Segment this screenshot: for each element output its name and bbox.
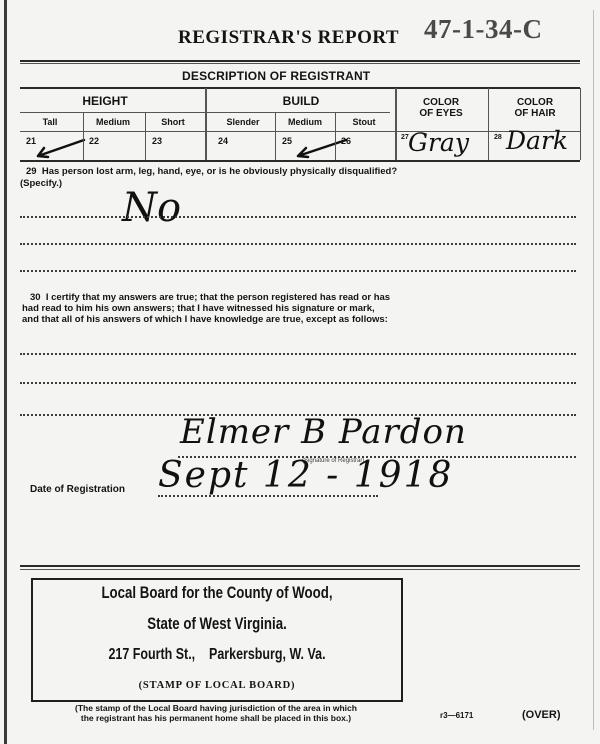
divider: [580, 88, 581, 160]
hair-color-label-2: OF HAIR: [490, 108, 580, 119]
answer-line: [20, 243, 576, 245]
divider: [20, 160, 580, 162]
stamp-instructions: (The stamp of the Local Board having jur…: [26, 703, 406, 723]
field-number: 28: [494, 134, 502, 141]
check-mark-tall-icon: [28, 136, 88, 162]
answer-line: [20, 270, 576, 272]
col-tall: Tall: [20, 117, 80, 127]
exception-line: [20, 382, 576, 384]
section-title: DESCRIPTION OF REGISTRANT: [182, 69, 370, 83]
hair-color-value: Dark: [506, 126, 568, 155]
divider: [83, 112, 84, 160]
page-edge-left: [4, 0, 7, 744]
footnote-line-2: the registrant has his permanent home sh…: [26, 713, 406, 723]
col-stout: Stout: [336, 117, 392, 127]
exception-line: [20, 353, 576, 355]
field-number: 22: [89, 136, 99, 146]
question-29: 29 Has person lost arm, leg, hand, eye, …: [26, 166, 586, 177]
divider: [20, 569, 580, 570]
col-short: Short: [146, 117, 200, 127]
question-30: 30 I certify that my answers are true; t…: [22, 292, 582, 325]
eye-color-label-1: COLOR: [398, 97, 484, 108]
draft-card-page: REGISTRAR'S REPORT 47-1-34-C DESCRIPTION…: [0, 0, 600, 744]
stamp-line-2: State of West Virginia.: [73, 614, 360, 634]
certification-line-3: and that all of his answers of which I h…: [22, 314, 582, 325]
divider: [335, 112, 336, 160]
question-text: Has person lost arm, leg, hand, eye, or …: [42, 166, 397, 177]
divider: [20, 87, 580, 89]
divider: [20, 131, 580, 132]
col-build-medium: Medium: [276, 117, 334, 127]
date-label: Date of Registration: [30, 484, 125, 495]
certification-line-2: had read to him his own answers; that I …: [22, 303, 582, 314]
col-height-medium: Medium: [84, 117, 142, 127]
footnote-line-1: (The stamp of the Local Board having jur…: [26, 703, 406, 713]
specify-label: (Specify.): [20, 178, 62, 189]
divider: [145, 112, 146, 160]
document-title: REGISTRAR'S REPORT: [178, 27, 399, 49]
eye-color-value: Gray: [408, 128, 469, 157]
divider: [395, 88, 397, 160]
hair-color-label-1: COLOR: [490, 97, 580, 108]
divider: [205, 88, 207, 160]
check-mark-medium-build-icon: [290, 136, 350, 162]
question-number: 29: [26, 166, 37, 177]
field-number: 23: [152, 136, 162, 146]
field-number: 24: [218, 136, 228, 146]
local-board-stamp: Local Board for the County of Wood, Stat…: [31, 578, 403, 702]
stamp-line-3: 217 Fourth St., Parkersburg, W. Va.: [73, 646, 360, 664]
divider: [275, 112, 276, 160]
col-slender: Slender: [212, 117, 274, 127]
form-number: r3—6171: [440, 711, 473, 720]
serial-number-stamp: 47-1-34-C: [424, 14, 542, 45]
stamp-line-1: Local Board for the County of Wood,: [73, 583, 360, 603]
page-edge-right: [593, 10, 594, 730]
question-number: 30: [30, 292, 41, 303]
divider: [20, 63, 580, 64]
certification-line-1: I certify that my answers are true; that…: [46, 292, 390, 303]
eye-color-header: COLOR OF EYES: [398, 97, 484, 119]
divider: [488, 88, 489, 160]
hair-color-header: COLOR OF HAIR: [490, 97, 580, 119]
answer-line: [20, 216, 576, 218]
build-header: BUILD: [212, 94, 390, 108]
registrar-signature: Elmer B Pardon: [180, 412, 467, 452]
divider: [20, 565, 580, 567]
eye-color-label-2: OF EYES: [398, 108, 484, 119]
height-header: HEIGHT: [20, 94, 190, 108]
question-29-answer: No: [122, 185, 181, 231]
over-label: (OVER): [522, 709, 561, 721]
stamp-caption: (STAMP OF LOCAL BOARD): [33, 680, 401, 691]
divider: [20, 60, 580, 62]
registration-date-value: Sept 12 - 1918: [158, 455, 453, 496]
